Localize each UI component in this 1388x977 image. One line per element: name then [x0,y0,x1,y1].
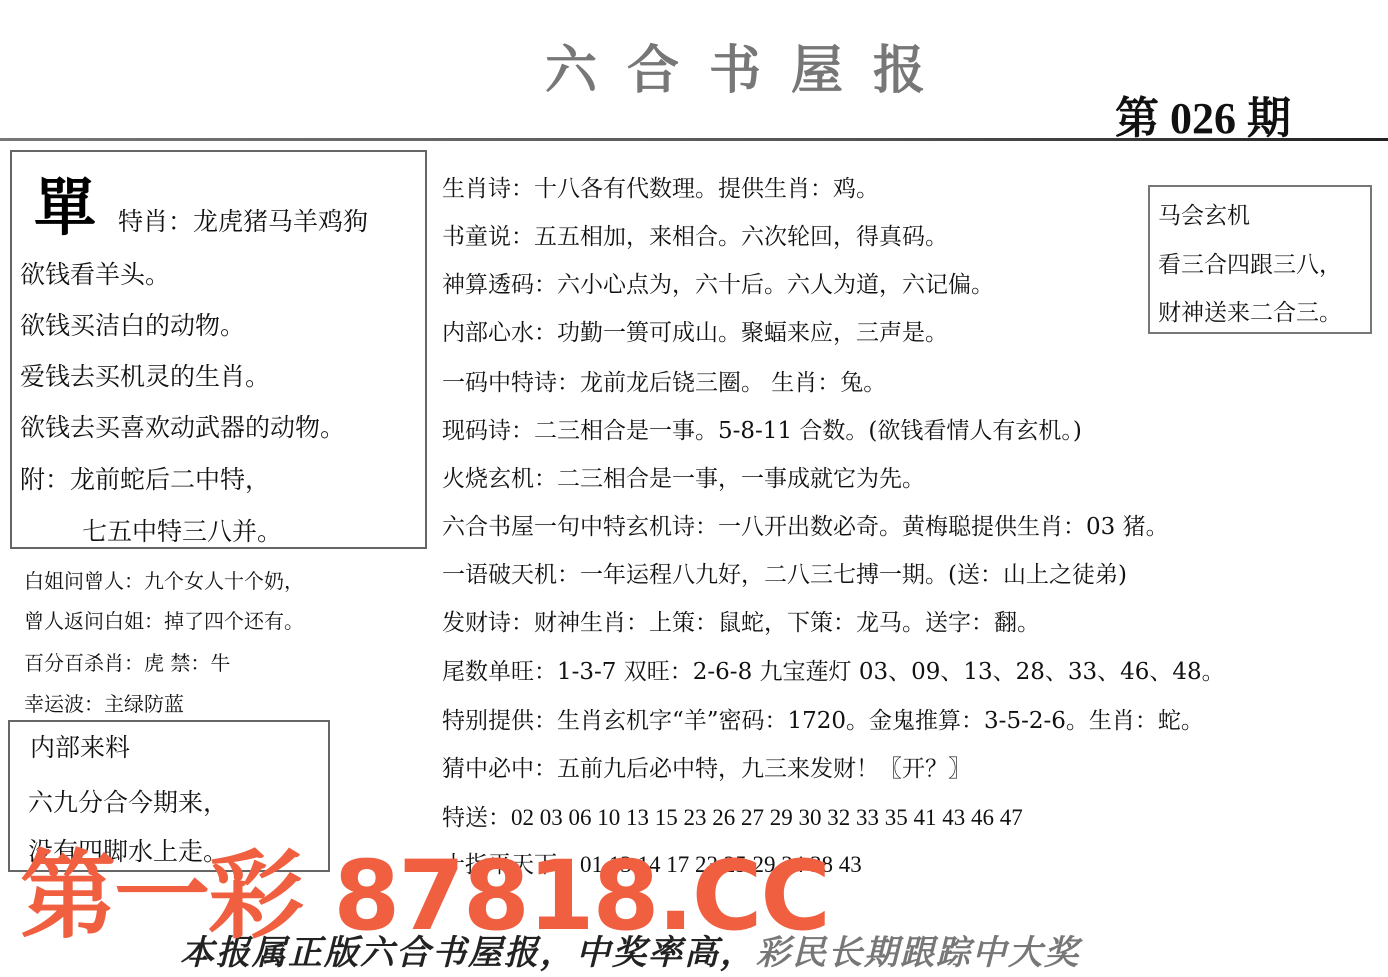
right-line-tail-numbers: 尾数单旺：1-3-7 双旺：2-6-8 九宝莲灯 03、09、13、28、33、… [442,653,1225,686]
issue-number: 第 026 期 [1115,82,1291,146]
right-line-one-code: 一码中特诗：龙前龙后铙三圈。 生肖：兔。 [442,364,886,397]
jockey-club-line: 看三合四跟三八， [1158,246,1342,279]
right-line-zodiac-poem: 生肖诗：十八各有代数理。提供生肖：鸡。 [442,170,879,203]
inside-info-line: 六九分合今期来， [28,783,228,819]
right-line-bookhouse-poem: 六合书屋一句中特玄机诗：一八开出数必奇。黄梅聪提供生肖：03 猪。 [442,508,1169,541]
right-line-inside-tip: 内部心水：功勤一篑可成山。聚蝠来应，三声是。 [442,314,948,347]
left-note-lucky-wave: 幸运波：主绿防蓝 [24,688,184,717]
jockey-club-line: 财神送来二合三。 [1158,294,1342,327]
left-note: 曾人返问白姐：掉了四个还有。 [24,605,304,634]
main-line: 欲钱看羊头。 [20,255,170,291]
right-line-divine-calc: 神算透码：六小心点为，六十后。六人为道，六记偏。 [442,266,994,299]
single-char-stamp: 單 [34,158,96,247]
right-line-one-phrase: 一语破天机：一年运程八九好，二八三七搏一期。(送：山上之徒弟) [442,556,1127,589]
main-line: 欲钱买洁白的动物。 [20,306,245,342]
newspaper-title: 六合书屋报 [545,28,955,103]
main-line-appendix: 七五中特三八并。 [82,512,282,548]
site-watermark: 第一彩 87818.CC [20,848,829,944]
inside-info-title: 内部来料 [30,728,130,764]
left-note-kill-zodiac: 百分百杀肖：虎 禁：牛 [24,647,230,676]
main-line: 欲钱去买喜欢动武器的动物。 [20,408,345,444]
main-line-special-zodiac: 特肖：龙虎猪马羊鸡狗 [118,202,368,238]
right-line-fire-hint: 火烧玄机：二三相合是一事，一事成就它为先。 [442,460,925,493]
header-divider [0,138,1388,141]
main-line: 爱钱去买机灵的生肖。 [20,357,270,393]
main-line-appendix: 附：龙前蛇后二中特， [20,460,270,496]
left-note: 白姐问曾人：九个女人十个奶， [24,565,304,594]
right-line-fortune-poem: 发财诗：财神生肖：上策：鼠蛇，下策：龙马。送字：翻。 [442,604,1040,637]
right-line-special-offer: 特别提供：生肖玄机字“羊”密码：1720。金鬼推算：3-5-2-6。生肖：蛇。 [442,702,1204,735]
jockey-club-title: 马会玄机 [1158,197,1250,230]
right-line-special-send: 特送：02 03 06 10 13 15 23 26 27 29 30 32 3… [442,799,1023,832]
right-line-page-boy: 书童说：五五相加，来相合。六次轮回，得真码。 [442,218,948,251]
right-line-show-code: 现码诗：二三相合是一事。5-8-11 合数。(欲钱看情人有玄机。) [442,412,1082,445]
right-line-guess: 猜中必中：五前九后必中特，九三来发财！〖开？〗 [442,750,971,783]
